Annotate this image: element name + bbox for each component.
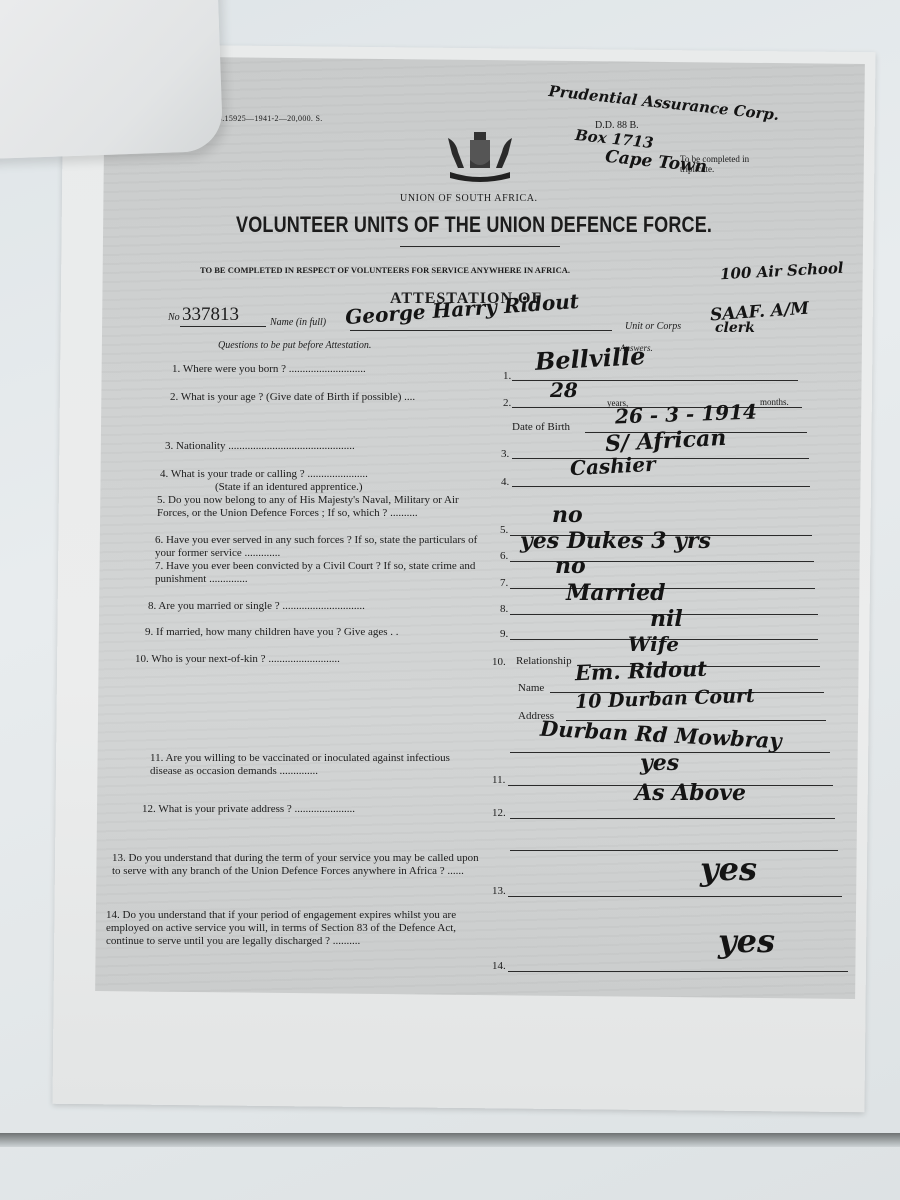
questions-heading: Questions to be put before Attestation. bbox=[218, 340, 371, 351]
answer-13: yes bbox=[700, 850, 757, 888]
months-label: months. bbox=[760, 397, 789, 407]
question-14: 14. Do you understand that if your perio… bbox=[106, 909, 481, 948]
answer-2-dob: 26 - 3 - 1914 bbox=[615, 400, 758, 429]
answer-9: nil bbox=[650, 606, 683, 632]
question-3: 3. Nationality .........................… bbox=[165, 440, 355, 453]
answer-line-13 bbox=[508, 896, 842, 897]
dob-label: Date of Birth bbox=[512, 421, 570, 433]
number-prefix: No bbox=[168, 312, 180, 323]
paper-bottom-edge bbox=[0, 1133, 900, 1147]
question-1: 1. Where were you born ? ...............… bbox=[172, 363, 366, 376]
answer-line-14 bbox=[508, 971, 848, 972]
question-11: 11. Are you willing to be vaccinated or … bbox=[150, 752, 480, 778]
question-13: 13. Do you understand that during the te… bbox=[112, 852, 482, 878]
answer-number-4: 4. bbox=[501, 476, 509, 488]
unit-label: Unit or Corps bbox=[625, 321, 681, 332]
answer-number-14: 14. bbox=[492, 960, 506, 972]
question-12: 12. What is your private address ? .....… bbox=[142, 803, 355, 816]
answer-number-8: 8. bbox=[500, 603, 508, 615]
question-10: 10. Who is your next-of-kin ? ..........… bbox=[135, 653, 340, 666]
answer-14: yes bbox=[718, 922, 775, 960]
curled-page-corner bbox=[0, 0, 223, 159]
question-9: 9. If married, how many children have yo… bbox=[145, 626, 399, 639]
answer-number-5: 5. bbox=[500, 524, 508, 536]
answer-8: Married bbox=[566, 580, 666, 606]
question-4: 4. What is your trade or calling ? .....… bbox=[160, 468, 368, 481]
answer-6: yes Dukes 3 yrs bbox=[520, 528, 711, 554]
question-5: 5. Do you now belong to any of His Majes… bbox=[157, 494, 487, 520]
question-2: 2. What is your age ? (Give date of Birt… bbox=[170, 391, 415, 404]
answer-1: Bellville bbox=[534, 341, 646, 376]
coat-of-arms-icon bbox=[440, 128, 520, 188]
country-heading: UNION OF SOUTH AFRICA. bbox=[400, 193, 538, 204]
answer-number-2: 2. bbox=[503, 397, 511, 409]
answer-5: no bbox=[552, 502, 583, 528]
answer-7: no bbox=[555, 553, 586, 579]
question-6: 6. Have you ever served in any such forc… bbox=[155, 534, 485, 560]
answer-4: Cashier bbox=[569, 452, 656, 480]
relationship-label: Relationship bbox=[516, 655, 572, 667]
answer-number-13: 13. bbox=[492, 885, 506, 897]
answer-2-age: 28 bbox=[550, 378, 578, 402]
form-subtitle: TO BE COMPLETED IN RESPECT OF VOLUNTEERS… bbox=[200, 265, 570, 275]
question-7: 7. Have you ever been convicted by a Civ… bbox=[155, 560, 485, 586]
form-title: VOLUNTEER UNITS OF THE UNION DEFENCE FOR… bbox=[236, 212, 712, 238]
next-of-kin-name: Em. Ridout bbox=[575, 656, 708, 686]
answer-11: yes bbox=[640, 750, 679, 776]
name-label: Name (in full) bbox=[270, 317, 326, 328]
answer-number-12: 12. bbox=[492, 807, 506, 819]
answer-line-12b bbox=[510, 850, 838, 851]
answer-line-12 bbox=[510, 818, 835, 819]
title-underline bbox=[400, 246, 560, 247]
answer-line-3 bbox=[512, 458, 809, 459]
answer-number-3: 3. bbox=[501, 448, 509, 460]
next-of-kin-relationship: Wife bbox=[628, 632, 679, 656]
attestation-number: 337813 bbox=[182, 304, 239, 326]
question-4-note: (State if an identured apprentice.) bbox=[215, 481, 363, 494]
answer-line-4 bbox=[512, 486, 810, 487]
answer-number-10: 10. bbox=[492, 656, 506, 668]
question-8: 8. Are you married or single ? .........… bbox=[148, 600, 365, 613]
answer-number-7: 7. bbox=[500, 577, 508, 589]
answer-12: As Above bbox=[635, 780, 746, 806]
answer-number-9: 9. bbox=[500, 628, 508, 640]
unit-sub-value: clerk bbox=[715, 320, 755, 336]
answer-number-6: 6. bbox=[500, 550, 508, 562]
kin-name-label: Name bbox=[518, 682, 544, 694]
answer-number-11: 11. bbox=[492, 774, 505, 786]
number-underline bbox=[180, 326, 266, 327]
name-underline bbox=[350, 330, 612, 331]
answer-number-1: 1. bbox=[503, 370, 511, 382]
